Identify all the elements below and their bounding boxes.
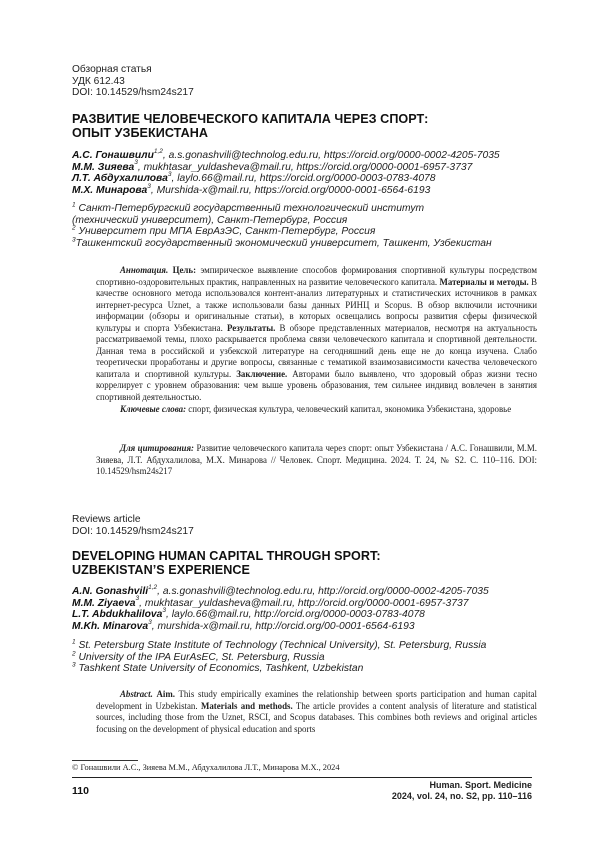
affiliation: (технический университет), Санкт-Петербу…	[72, 215, 492, 227]
affiliation-text: Ташкентский государственный экономически…	[76, 238, 492, 249]
author-affiliation-ref: 3	[168, 171, 172, 178]
author-contact[interactable]: , mukhtasar_yuldasheva@mail.ru, http://o…	[139, 598, 468, 609]
author-line: M.M. Ziyaeva3, mukhtasar_yuldasheva@mail…	[72, 598, 489, 610]
journal-page: Обзорная статья УДК 612.43 DOI: 10.14529…	[0, 0, 600, 849]
author-line: М.Х. Минарова3, Murshida-x@mail.ru, http…	[72, 185, 500, 197]
affiliation-number: 1	[72, 202, 76, 209]
abstract-label: Аннотация.	[120, 265, 168, 275]
ru-doi: DOI: 10.14529/hsm24s217	[72, 87, 194, 99]
affiliation: 1 St. Petersburg State Institute of Tech…	[72, 640, 486, 652]
affiliation-text: Tashkent State University of Economics, …	[79, 663, 364, 674]
en-title-line: UZBEKISTAN’S EXPERIENCE	[72, 563, 381, 577]
author-line: L.T. Abdukhalilova3, laylo.66@mail.ru, h…	[72, 609, 489, 621]
affiliation-text: Университет при МПА ЕврАзЭС, Санкт-Петер…	[79, 226, 376, 237]
conclusion-label: Заключение.	[236, 369, 287, 379]
page-number: 110	[72, 785, 89, 797]
ru-affiliations: 1 Санкт-Петербургский государственный те…	[72, 203, 492, 250]
affiliation: 2 Университет при МПА ЕврАзЭС, Санкт-Пет…	[72, 226, 492, 238]
aim-label: Цель:	[173, 265, 196, 275]
ru-udc: УДК 612.43	[72, 76, 194, 88]
en-abstract-body: Abstract. Aim. This study empirically ex…	[96, 689, 537, 735]
author-affiliation-ref: 1,2	[154, 148, 163, 155]
aim-label: Aim.	[156, 689, 175, 699]
author-contact[interactable]: , mukhtasar_yuldasheva@mail.ru, https://…	[138, 162, 472, 173]
author-affiliation-ref: 3	[134, 159, 138, 166]
affiliation-text: Санкт-Петербургский государственный техн…	[79, 203, 425, 214]
ru-title-line: ОПЫТ УЗБЕКИСТАНА	[72, 126, 428, 140]
ru-title-line: РАЗВИТИЕ ЧЕЛОВЕЧЕСКОГО КАПИТАЛА ЧЕРЕЗ СП…	[72, 112, 428, 126]
en-affiliations: 1 St. Petersburg State Institute of Tech…	[72, 640, 486, 675]
ru-article-type: Обзорная статья	[72, 64, 194, 76]
affiliation-number: 2	[72, 650, 76, 657]
keywords-label: Ключевые слова:	[120, 404, 186, 414]
ru-abstract: Аннотация. Цель: эмпирическое выявление …	[96, 265, 537, 415]
author-contact[interactable]: , laylo.66@mail.ru, https://orcid.org/00…	[171, 173, 435, 184]
author-contact[interactable]: , a.s.gonashvili@technolog.edu.ru, http:…	[157, 586, 489, 597]
results-label: Результаты.	[227, 323, 275, 333]
citation-body: Для цитирования: Развитие человеческого …	[96, 443, 537, 478]
en-article-type: Reviews article	[72, 514, 194, 526]
citation-label: Для цитирования:	[120, 443, 194, 453]
author-affiliation-ref: 3	[162, 607, 166, 614]
journal-issue: 2024, vol. 24, no. S2, pp. 110–116	[392, 791, 532, 802]
author-name: А.С. Гонашвили	[72, 150, 154, 161]
author-contact[interactable]: , laylo.66@mail.ru, http://orcid.org/000…	[166, 609, 425, 620]
journal-name: Human. Sport. Medicine	[392, 780, 532, 791]
affiliation-number: 2	[72, 225, 76, 232]
author-affiliation-ref: 1,2	[148, 584, 157, 591]
affiliation-number: 3	[72, 662, 76, 669]
author-contact[interactable]: , murshida-x@mail.ru, http://orcid.org/0…	[152, 621, 415, 632]
affiliation: 1 Санкт-Петербургский государственный те…	[72, 203, 492, 215]
ru-authors: А.С. Гонашвили1,2, a.s.gonashvili@techno…	[72, 150, 500, 197]
en-abstract: Abstract. Aim. This study empirically ex…	[96, 689, 537, 735]
author-contact[interactable]: , Murshida-x@mail.ru, https://orcid.org/…	[151, 185, 430, 196]
en-doi: DOI: 10.14529/hsm24s217	[72, 526, 194, 538]
keywords-text: спорт, физическая культура, человеческий…	[188, 404, 511, 414]
ru-abstract-body: Аннотация. Цель: эмпирическое выявление …	[96, 265, 537, 404]
methods-label: Materials and methods.	[201, 701, 293, 711]
footnote-divider	[72, 760, 138, 761]
author-affiliation-ref: 3	[148, 619, 152, 626]
en-authors: A.N. Gonashvili1,2, a.s.gonashvili@techn…	[72, 586, 489, 633]
author-name: M.Kh. Minarova	[72, 621, 148, 632]
affiliation-number: 1	[72, 639, 76, 646]
author-contact[interactable]: , a.s.gonashvili@technolog.edu.ru, https…	[163, 150, 500, 161]
copyright-notice: © Гонашвили А.С., Зияева М.М., Абдухалил…	[72, 763, 340, 773]
en-title: DEVELOPING HUMAN CAPITAL THROUGH SPORT: …	[72, 549, 381, 578]
en-title-line: DEVELOPING HUMAN CAPITAL THROUGH SPORT:	[72, 549, 381, 563]
author-line: A.N. Gonashvili1,2, a.s.gonashvili@techn…	[72, 586, 489, 598]
author-line: M.Kh. Minarova3, murshida-x@mail.ru, htt…	[72, 621, 489, 633]
methods-label: Материалы и методы.	[439, 277, 528, 287]
author-line: Л.Т. Абдухалилова3, laylo.66@mail.ru, ht…	[72, 173, 500, 185]
ru-citation: Для цитирования: Развитие человеческого …	[96, 443, 537, 478]
author-line: М.М. Зияева3, mukhtasar_yuldasheva@mail.…	[72, 162, 500, 174]
journal-reference: Human. Sport. Medicine 2024, vol. 24, no…	[392, 780, 532, 801]
author-affiliation-ref: 3	[136, 595, 140, 602]
affiliation: 3Ташкентский государственный экономическ…	[72, 238, 492, 250]
author-affiliation-ref: 3	[147, 183, 151, 190]
affiliation: 2 University of the IPA EurAsEC, St. Pet…	[72, 652, 486, 664]
author-name: М.М. Зияева	[72, 162, 134, 173]
abstract-label: Abstract.	[120, 689, 153, 699]
author-name: M.M. Ziyaeva	[72, 598, 136, 609]
ru-article-meta: Обзорная статья УДК 612.43 DOI: 10.14529…	[72, 64, 194, 99]
affiliation: 3 Tashkent State University of Economics…	[72, 663, 486, 675]
author-name: Л.Т. Абдухалилова	[72, 173, 168, 184]
author-name: М.Х. Минарова	[72, 185, 147, 196]
ru-title: РАЗВИТИЕ ЧЕЛОВЕЧЕСКОГО КАПИТАЛА ЧЕРЕЗ СП…	[72, 112, 428, 141]
footer-divider	[72, 777, 532, 778]
affiliation-text: University of the IPA EurAsEC, St. Peter…	[79, 652, 325, 663]
en-article-meta: Reviews article DOI: 10.14529/hsm24s217	[72, 514, 194, 537]
affiliation-text: (технический университет), Санкт-Петербу…	[72, 215, 347, 226]
affiliation-text: St. Petersburg State Institute of Techno…	[79, 640, 487, 651]
ru-keywords: Ключевые слова: спорт, физическая культу…	[96, 404, 537, 416]
